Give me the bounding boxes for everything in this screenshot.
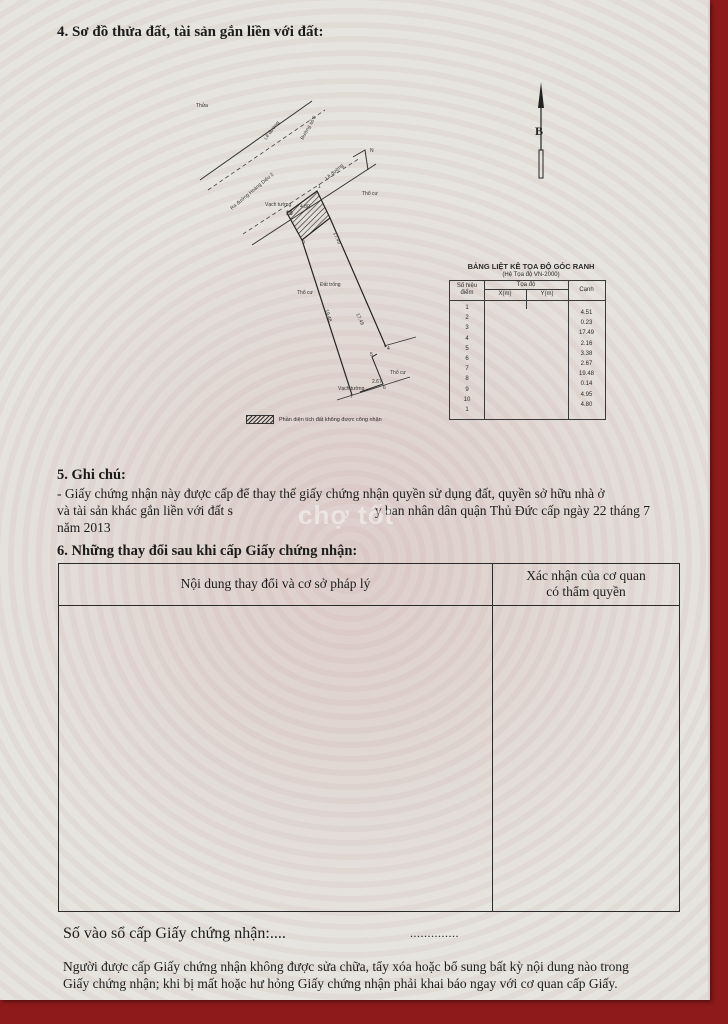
point-id: 8	[450, 374, 484, 384]
changes-col-confirmation: Xác nhận của cơ quan có thẩm quyền	[493, 568, 679, 600]
point-id: 3	[450, 323, 484, 333]
section-6-title: 6. Những thay đổi sau khi cấp Giấy chứng…	[57, 543, 357, 560]
svg-text:4: 4	[387, 346, 390, 352]
point-id: 10	[450, 395, 484, 405]
edge-length: 19.48	[568, 369, 605, 379]
svg-text:Đất trống: Đất trống	[320, 282, 341, 288]
svg-text:Thổ cư: Thổ cư	[362, 190, 379, 197]
svg-text:N: N	[370, 148, 374, 154]
point-id: 2	[450, 313, 484, 323]
edge-length: 4.95	[568, 390, 605, 400]
svg-text:19.48: 19.48	[323, 309, 333, 323]
point-id: 7	[450, 364, 484, 374]
svg-text:1: 1	[318, 184, 321, 190]
svg-text:7: 7	[350, 394, 353, 400]
registry-number: Số vào sổ cấp Giấy chứng nhận:....	[63, 925, 286, 943]
point-id: 5	[450, 344, 484, 354]
svg-text:2.67: 2.67	[372, 379, 382, 385]
svg-text:17.49: 17.49	[331, 231, 342, 245]
svg-text:9: 9	[302, 240, 305, 246]
svg-text:B: B	[535, 124, 543, 138]
edge-length: 2.67	[568, 359, 605, 369]
edge-length: 17.49	[568, 328, 605, 338]
registry-dots: ..............	[410, 926, 459, 941]
svg-text:Lề đường: Lề đường	[263, 120, 281, 141]
edge-length: 3.38	[568, 349, 605, 359]
label-thua: Thửa	[196, 102, 208, 109]
point-id-column: 123456789101	[450, 303, 484, 415]
coord-table: Số hiệu điểm Tọa độ X(m) Y(m) Cạnh 12345…	[449, 280, 606, 420]
svg-text:Vạch tường: Vạch tường	[338, 386, 365, 392]
svg-text:6: 6	[383, 385, 386, 391]
edge-length-column: 4.510.2317.492.163.382.6719.480.144.954.…	[568, 308, 605, 410]
edge-length: 4.80	[568, 400, 605, 410]
watermark: chợ tốt	[298, 500, 394, 531]
edge-length: 0.23	[568, 318, 605, 328]
edge-length: 0.14	[568, 379, 605, 389]
changes-table: Nội dung thay đổi và cơ sở pháp lý Xác n…	[58, 563, 680, 912]
edge-length: 4.51	[568, 308, 605, 318]
certificate-page: 4. Sơ đồ thửa đất, tài sản gắn liền với …	[0, 0, 710, 1000]
svg-text:Vạch tường: Vạch tường	[265, 202, 292, 208]
section-5-title: 5. Ghi chú:	[57, 467, 126, 484]
point-id: 1	[450, 303, 484, 313]
svg-text:5: 5	[370, 352, 373, 358]
point-id: 9	[450, 385, 484, 395]
diagram-legend: Phần diện tích đất không được công nhận	[246, 415, 382, 424]
changes-col-content: Nội dung thay đổi và cơ sở pháp lý	[59, 576, 492, 592]
svg-text:10: 10	[286, 211, 293, 217]
svg-text:17.49: 17.49	[354, 312, 365, 326]
point-id: 1	[450, 405, 484, 415]
point-id: 6	[450, 354, 484, 364]
svg-text:Thổ cư: Thổ cư	[390, 369, 407, 376]
edge-length: 2.16	[568, 339, 605, 349]
north-arrow-icon: B	[535, 82, 544, 178]
coord-table-title: BẢNG LIỆT KÊ TỌA ĐỘ GÓC RANH	[446, 262, 616, 271]
coord-table-subtitle: (Hệ Tọa độ VN-2000)	[446, 272, 616, 278]
svg-text:Lề đường: Lề đường	[324, 163, 345, 182]
svg-text:4.80: 4.80	[300, 204, 310, 210]
warning-note: Người được cấp Giấy chứng nhận không đượ…	[63, 958, 703, 992]
hatch-swatch-icon	[246, 415, 274, 424]
svg-text:Thổ cư: Thổ cư	[297, 289, 314, 296]
point-id: 4	[450, 334, 484, 344]
svg-text:Đường số 6: Đường số 6	[300, 115, 319, 141]
